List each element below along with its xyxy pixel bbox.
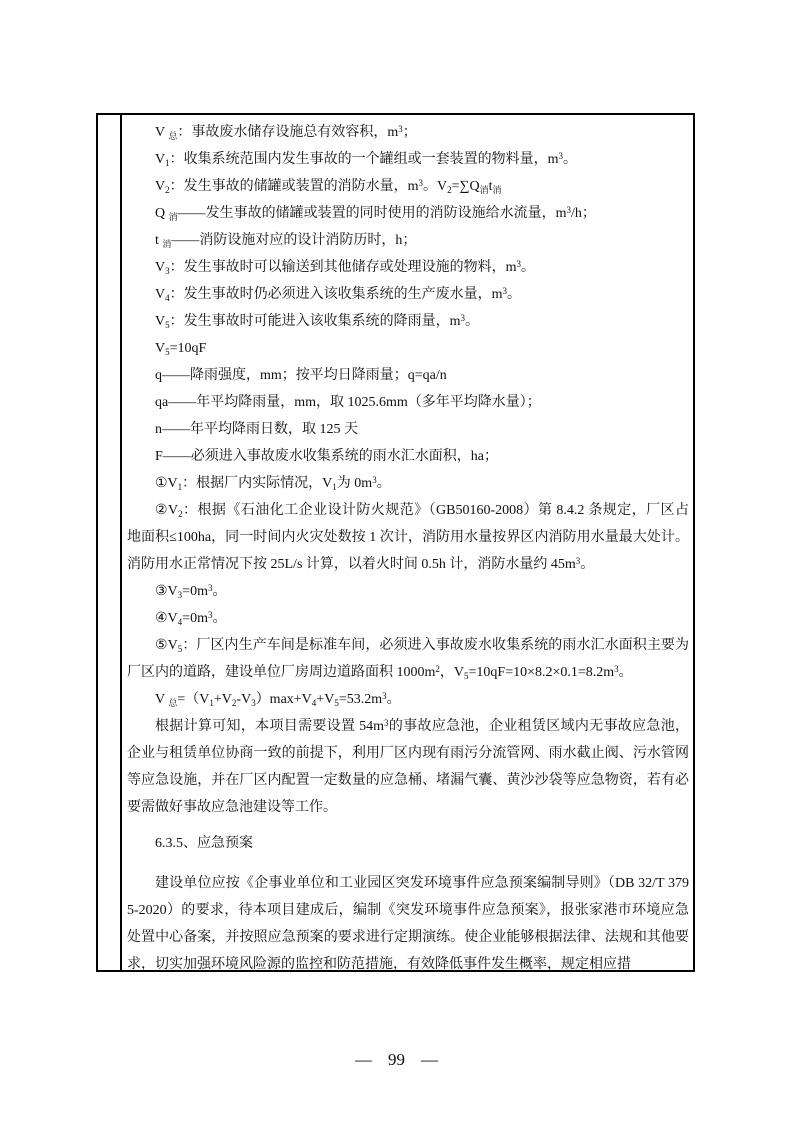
def-v3: V3：发生事故时可以输送到其他储存或处理设施的物料，m3。 — [127, 254, 689, 281]
def-v5: V5：发生事故时可能进入该收集系统的降雨量，m3。 — [127, 308, 689, 335]
def-q-rain: q——降雨强度，mm；按平均日降雨量；q=qa/n — [127, 362, 689, 389]
report-table: V 总：事故废水储存设施总有效容积，m3；V1：收集系统范围内发生事故的一个罐组… — [96, 113, 695, 972]
conclusion-paragraph: 根据计算可知，本项目需要设置 54m3的事故应急池，企业租赁区域内无事故应急池，… — [127, 713, 689, 821]
document-page: V 总：事故废水储存设施总有效容积，m3；V1：收集系统范围内发生事故的一个罐组… — [0, 0, 793, 1122]
def-n: n——年平均降雨日数，取 125 天 — [127, 416, 689, 443]
calc-v1: ①V1：根据厂内实际情况，V1为 0m3。 — [127, 470, 689, 497]
page-number: 99 — [388, 1046, 405, 1073]
table-left-gutter-cell — [98, 115, 122, 970]
def-v2: V2：发生事故的储罐或装置的消防水量，m3。V2=∑Q消t消 — [127, 173, 689, 200]
page-footer: — 99 — — [0, 1046, 793, 1073]
def-t-fire: t 消——消防设施对应的设计消防历时，h； — [127, 227, 689, 254]
def-q-fire: Q 消——发生事故的储罐或装置的同时使用的消防设施给水流量，m3/h； — [127, 200, 689, 227]
section-heading-6-3-5: 6.3.5、应急预案 — [127, 830, 689, 857]
def-f: F——必须进入事故废水收集系统的雨水汇水面积，ha； — [127, 443, 689, 470]
calc-v3: ③V3=0m3。 — [127, 578, 689, 605]
formula-v5: V5=10qF — [127, 335, 689, 362]
calc-v2: ②V2：根据《石油化工企业设计防火规范》（GB50160-2008）第 8.4.… — [127, 497, 689, 578]
def-v4: V4：发生事故时仍必须进入该收集系统的生产废水量，m3。 — [127, 281, 689, 308]
def-v-total: V 总：事故废水储存设施总有效容积，m3； — [127, 119, 689, 146]
footer-right-dash: — — [421, 1046, 438, 1073]
footer-left-dash: — — [355, 1046, 372, 1073]
calc-v5: ⑤V5：厂区内生产车间是标准车间，必须进入事故废水收集系统的雨水汇水面积主要为厂… — [127, 632, 689, 686]
emergency-plan-paragraph: 建设单位应按《企事业单位和工业园区突发环境事件应急预案编制导则》（DB 32/T… — [127, 870, 689, 970]
def-qa: qa——年平均降雨量，mm，取 1025.6mm（多年平均降水量）； — [127, 389, 689, 416]
table-content-cell: V 总：事故废水储存设施总有效容积，m3；V1：收集系统范围内发生事故的一个罐组… — [122, 115, 693, 970]
calc-v-total: V 总=（V1+V2-V3）max+V4+V5=53.2m3。 — [127, 686, 689, 713]
def-v1: V1：收集系统范围内发生事故的一个罐组或一套装置的物料量，m3。 — [127, 146, 689, 173]
calc-v4: ④V4=0m3。 — [127, 605, 689, 632]
